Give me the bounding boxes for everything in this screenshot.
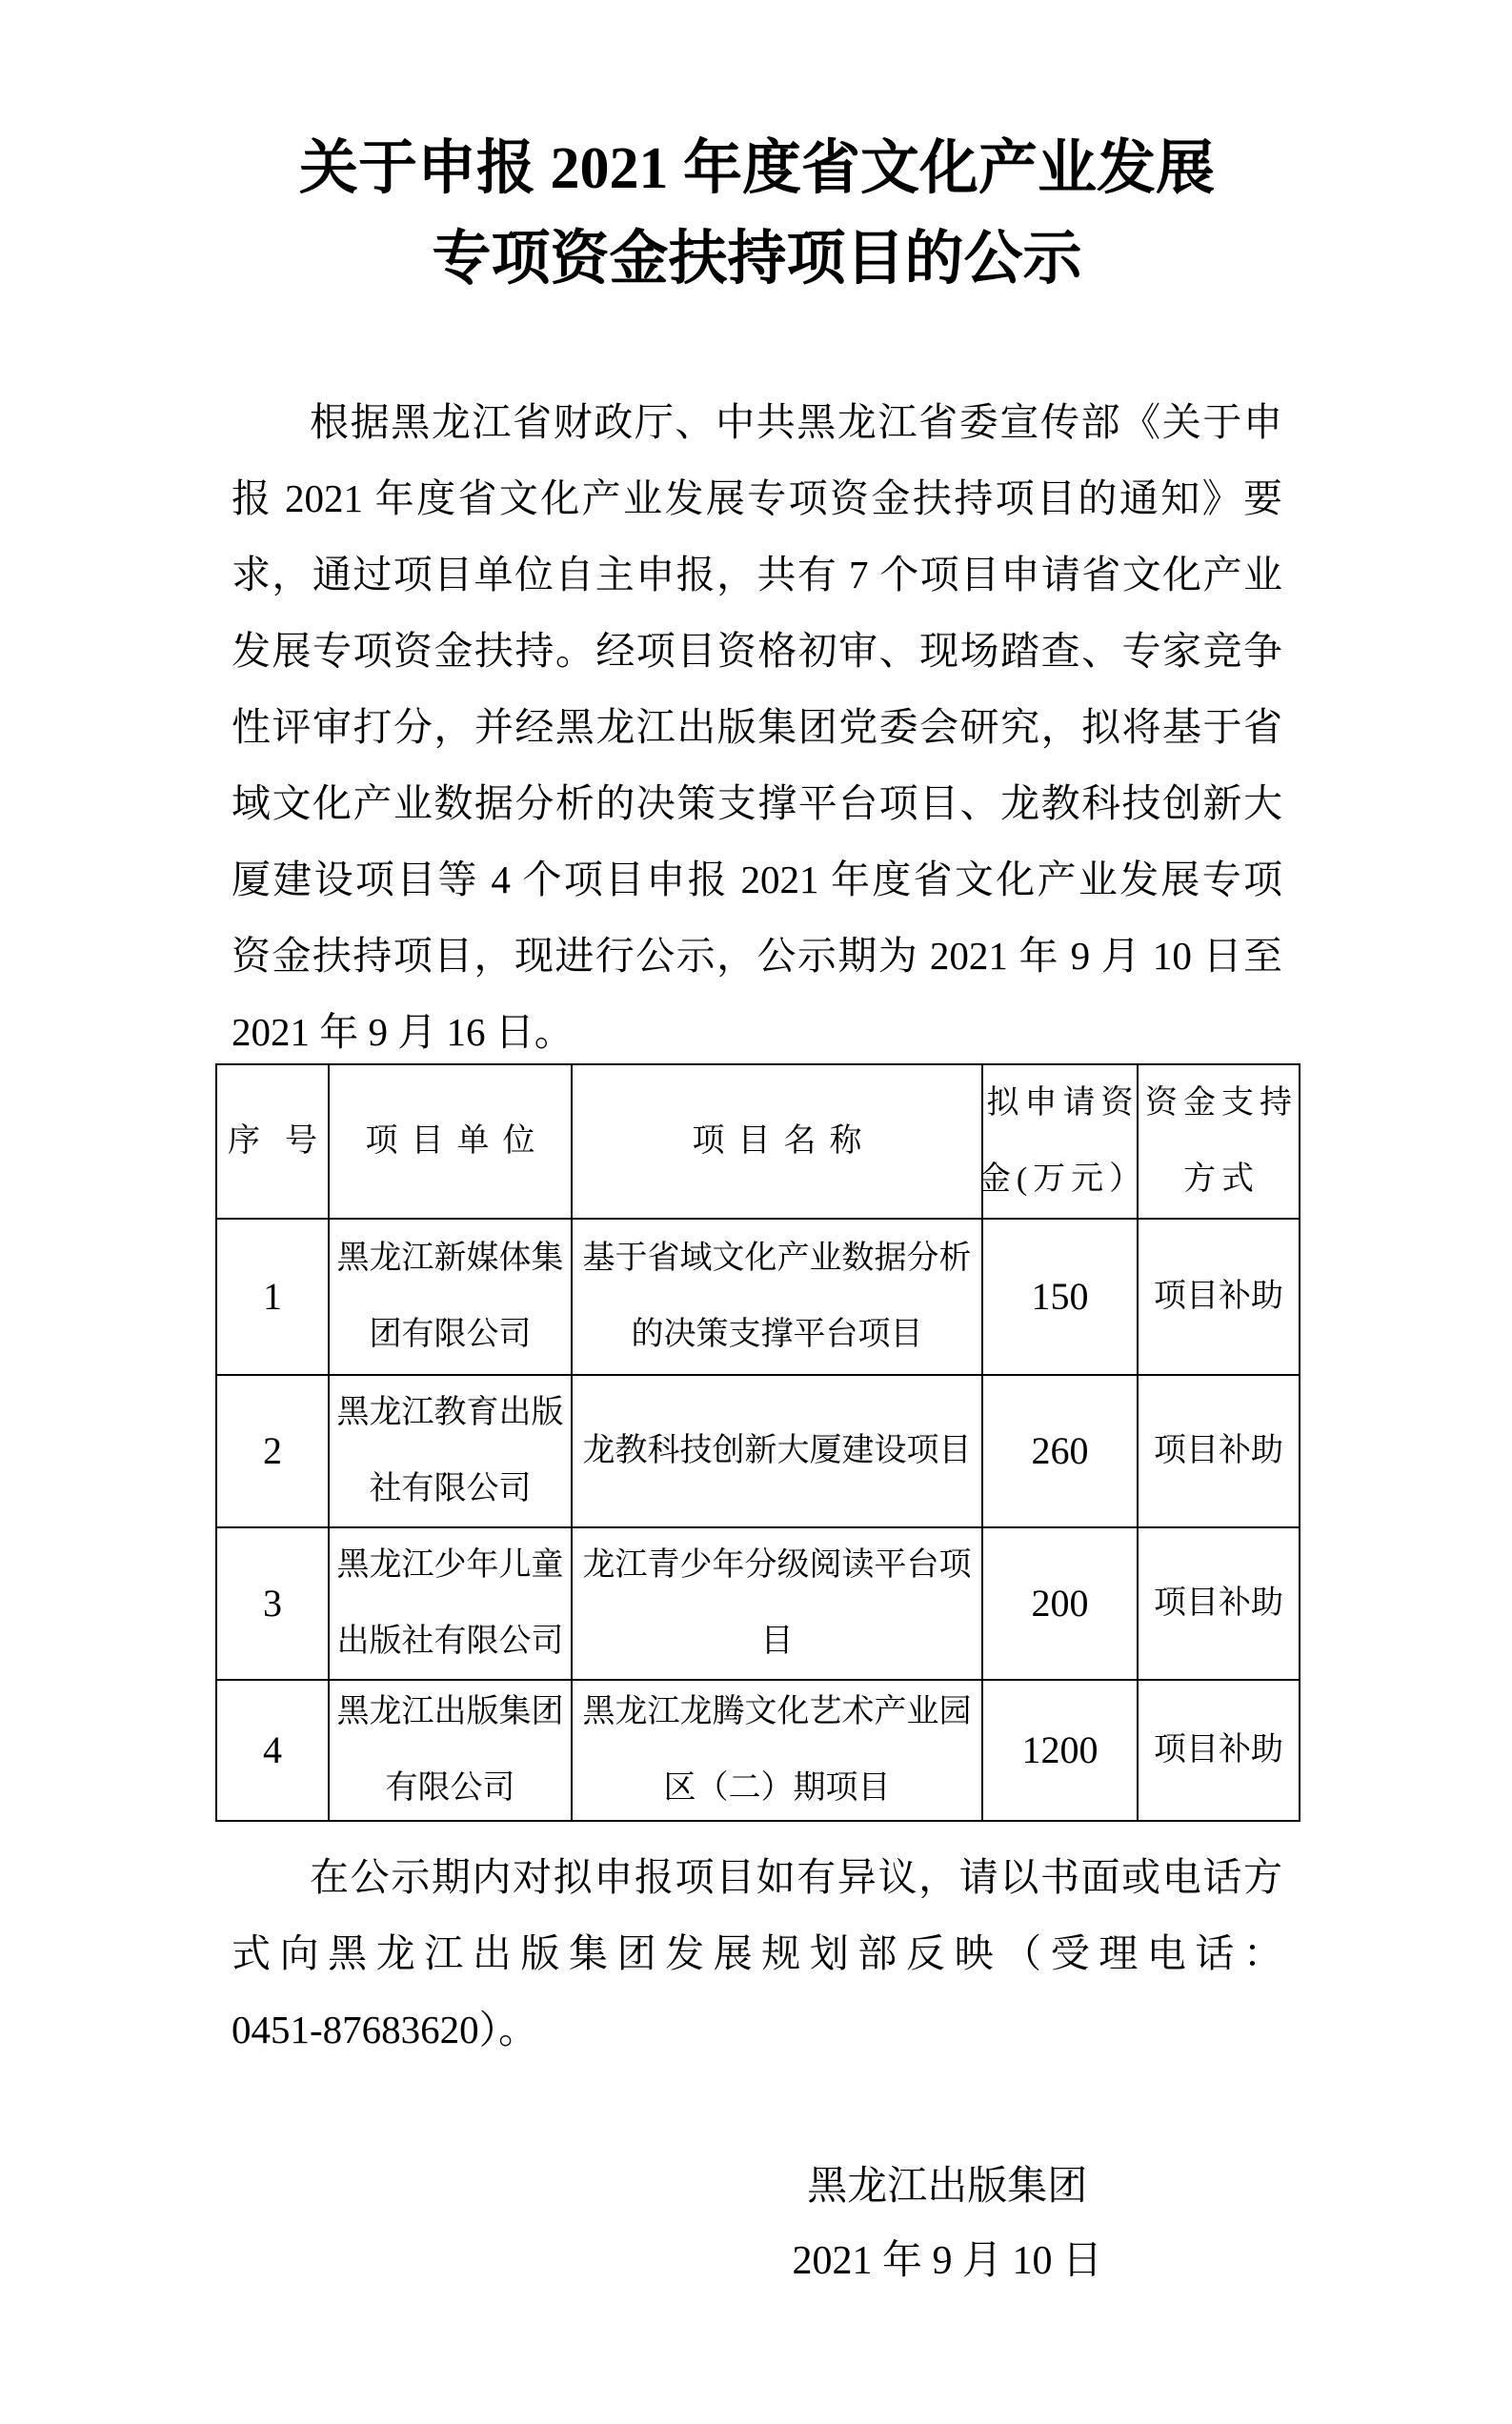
body-line: 资金扶持项目，现进行公示，公示期为 2021 年 9 月 10 日至 [232, 918, 1282, 994]
table-row-4-amount: 1200 [983, 1681, 1139, 1822]
signature-org: 黑龙江出版集团 [792, 2150, 1102, 2224]
table-row-2-support: 项目补助 [1139, 1376, 1300, 1528]
table-row-2-seq: 2 [217, 1376, 330, 1528]
document-title: 关于申报 2021 年度省文化产业发展 专项资金扶持项目的公示 [232, 124, 1282, 305]
body-line: 性评审打分，并经黑龙江出版集团党委会研究，拟将基于省 [232, 689, 1282, 765]
table-row-2-amount: 260 [983, 1376, 1139, 1528]
table-row-4-project: 黑龙江龙腾文化艺术产业园 区（二）期项目 [573, 1681, 983, 1822]
body-line: 2021 年 9 月 16 日。 [232, 994, 1282, 1070]
title-line-2: 专项资金扶持项目的公示 [232, 214, 1282, 305]
body-line: 报 2021 年度省文化产业发展专项资金扶持项目的通知》要 [232, 460, 1282, 536]
body-line: 0451-87683620）。 [232, 1991, 1282, 2068]
table-row-1-seq: 1 [217, 1220, 330, 1376]
intro-paragraph: 根据黑龙江省财政厅、中共黑龙江省委宣传部《关于申 报 2021 年度省文化产业发… [232, 384, 1282, 1070]
table-row-3-seq: 3 [217, 1528, 330, 1681]
table-row-4-unit: 黑龙江出版集团 有限公司 [330, 1681, 573, 1822]
header-cell-seq: 序号 [217, 1065, 330, 1220]
table-row-2-unit: 黑龙江教育出版 社有限公司 [330, 1376, 573, 1528]
table-row-3-unit: 黑龙江少年儿童 出版社有限公司 [330, 1528, 573, 1681]
body-line: 域文化产业数据分析的决策支撑平台项目、龙教科技创新大 [232, 765, 1282, 841]
signature-block: 黑龙江出版集团 2021 年 9 月 10 日 [792, 2150, 1102, 2298]
table-row-1-support: 项目补助 [1139, 1220, 1300, 1376]
body-line: 在公示期内对拟申报项目如有异议，请以书面或电话方 [232, 1839, 1282, 1915]
contact-paragraph: 在公示期内对拟申报项目如有异议，请以书面或电话方 式向黑龙江出版集团发展规划部反… [232, 1839, 1282, 2068]
body-line: 厦建设项目等 4 个项目申报 2021 年度省文化产业发展专项 [232, 841, 1282, 918]
document-page: 关于申报 2021 年度省文化产业发展 专项资金扶持项目的公示 根据黑龙江省财政… [0, 0, 1512, 2424]
table-row-1-amount: 150 [983, 1220, 1139, 1376]
table-row-2-project: 龙教科技创新大厦建设项目 [573, 1376, 983, 1528]
table-row-3-project: 龙江青少年分级阅读平台项 目 [573, 1528, 983, 1681]
signature-date: 2021 年 9 月 10 日 [792, 2224, 1102, 2298]
title-line-1: 关于申报 2021 年度省文化产业发展 [232, 124, 1282, 214]
header-cell-unit: 项目单位 [330, 1065, 573, 1220]
body-line: 发展专项资金扶持。经项目资格初审、现场踏查、专家竞争 [232, 613, 1282, 689]
header-cell-project: 项目名称 [573, 1065, 983, 1220]
header-cell-amount: 拟申请资 金(万元） [983, 1065, 1139, 1220]
table-row-1-project: 基于省域文化产业数据分析 的决策支撑平台项目 [573, 1220, 983, 1376]
table-row-4-support: 项目补助 [1139, 1681, 1300, 1822]
table-row-1-unit: 黑龙江新媒体集 团有限公司 [330, 1220, 573, 1376]
body-line: 求，通过项目单位自主申报，共有 7 个项目申请省文化产业 [232, 536, 1282, 613]
table-row-3-support: 项目补助 [1139, 1528, 1300, 1681]
body-line: 式向黑龙江出版集团发展规划部反映（受理电话： [232, 1915, 1282, 1991]
table-row-3-amount: 200 [983, 1528, 1139, 1681]
table-row-4-seq: 4 [217, 1681, 330, 1822]
body-line: 根据黑龙江省财政厅、中共黑龙江省委宣传部《关于申 [232, 384, 1282, 460]
header-cell-support: 资金支持 方式 [1139, 1065, 1300, 1220]
projects-table: 序号 项目单位 项目名称 拟申请资 金(万元） 资金支持 方式 1 黑龙江新媒体… [215, 1063, 1300, 1822]
